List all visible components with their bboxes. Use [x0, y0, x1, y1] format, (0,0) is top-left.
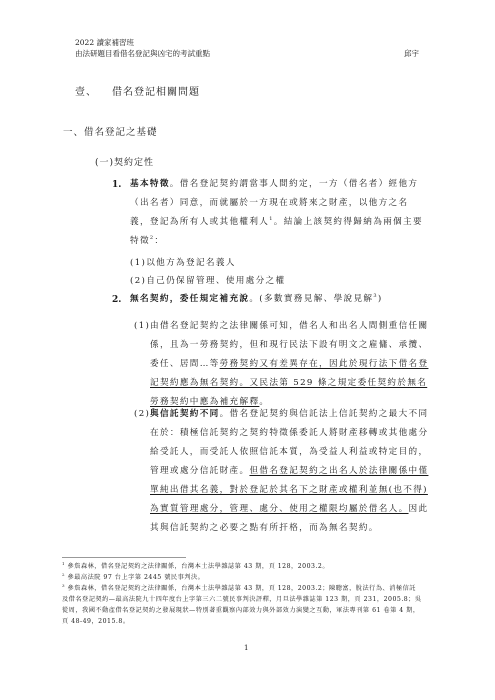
- subsection-title: 一、借名登記之基礎: [63, 124, 158, 138]
- subsubsection-title: (一)契約定性: [95, 155, 154, 168]
- item-2-label: 無名契約，委任規定補充說: [130, 294, 249, 304]
- item-2-para-2: 與信託契約不同。借名登記契約與信託法上信託契約之最大不同在於：積極信託契約之契約…: [150, 405, 432, 538]
- item-1-paragraph: 基本特徵。借名登記契約謂當事人間約定，一方（借名者）經他方（出名者）同意，而就屬…: [130, 175, 428, 251]
- item-2-number: 2.: [112, 295, 121, 305]
- footnote-1: 1 參詹森林，借名登記契約之法律關係，台灣本土法學雜誌第 43 期，頁 128，…: [62, 561, 422, 572]
- footnote-2: 2 參最高法院 97 台上字第 2445 號民事判決。: [62, 572, 422, 583]
- item-1-number: 1.: [112, 180, 121, 190]
- page-number: 1: [244, 644, 248, 652]
- footnote-separator: [62, 557, 186, 558]
- item-2-heading: 無名契約，委任規定補充說。(多數實務見解、學說見解3): [130, 290, 383, 309]
- header-line-1: 2022 讀家補習班: [75, 37, 134, 48]
- item-2-para-1-label: (1): [134, 317, 150, 336]
- item-2-para-2-label: (2): [134, 405, 150, 424]
- item-1-label: 基本特徵: [130, 179, 170, 189]
- section-number: 壹、: [75, 83, 97, 98]
- header-author: 邱宇: [404, 48, 419, 59]
- header-line-2: 由法研題目看借名登記與凶宅的考試重點: [75, 48, 210, 59]
- item-1-sub-2: (2)自己仍保留管理、使用處分之權: [130, 272, 285, 291]
- footnote-3: 3 參詹森林，借名登記契約之法律關係，台灣本土法學雜誌第 43 期，頁 128，…: [62, 583, 422, 627]
- item-2-para-1: 由借名登記契約之法律關係可知，借名人和出名人間側重信任關係，且為一勞務契約，但和…: [150, 317, 432, 412]
- section-title: 借名登記相關問題: [112, 83, 200, 98]
- item-1-sub-1: (1)以他方為登記名義人: [130, 254, 236, 273]
